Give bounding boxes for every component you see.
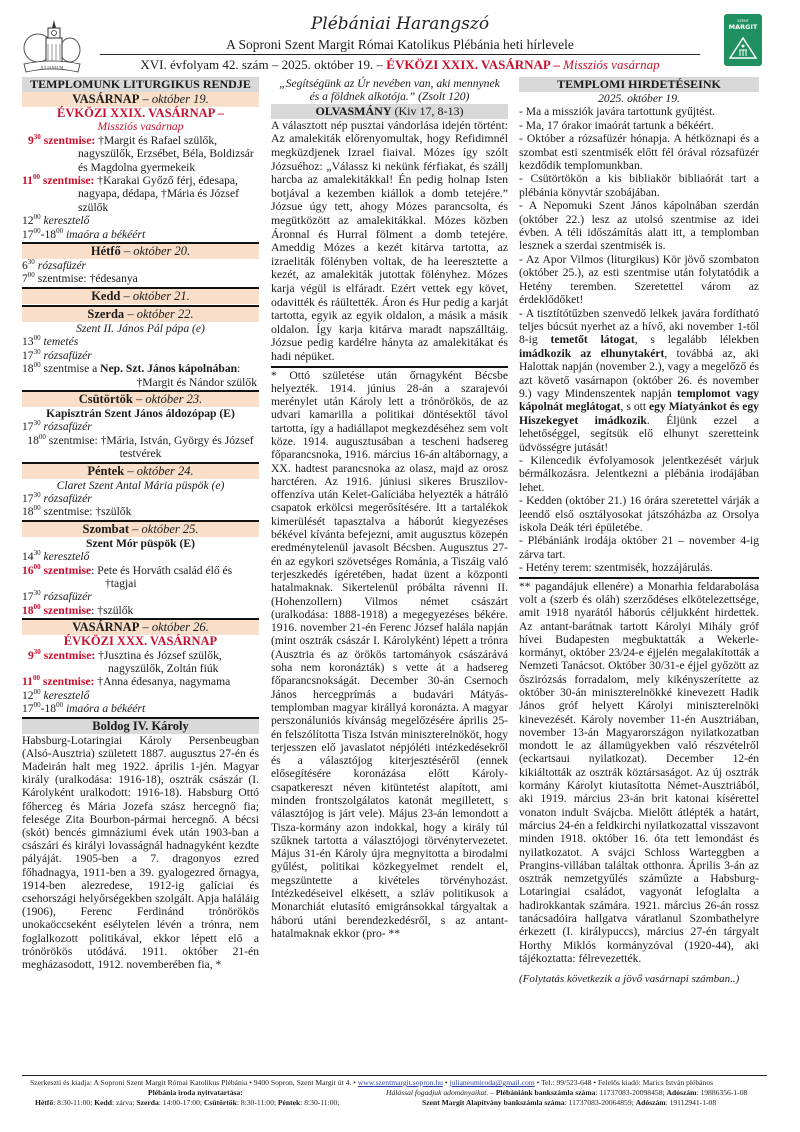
announcement-item: - Ma a missziók javára tartottunk gyűjté…	[519, 105, 759, 118]
issue-number: XVI. évfolyam 42. szám – 2025. október 1…	[140, 57, 386, 72]
event-entry: 1200 keresztelő	[22, 214, 259, 227]
announcement-item: - Hetény terem: szentmisék, hozzájárulás…	[519, 561, 759, 574]
issue-mission: Missziós vasárnap	[563, 57, 659, 72]
wednesday-section: Szerda – október 22. Szent II. János Pál…	[22, 307, 259, 389]
mass-entry: 1100 szentmise: †Anna édesanya, nagymama	[22, 675, 259, 688]
reading-heading: OLVASMÁNY (Kiv 17, 8-13)	[271, 104, 508, 119]
bank-line-1: Hálással fogadjuk adományaikat. – Plébán…	[386, 1088, 747, 1098]
continued-note: (Folytatás következik a jövő vasárnapi s…	[519, 973, 759, 986]
announcements-heading: TEMPLOMI HIRDETÉSEINK	[519, 77, 759, 92]
event-entry: 1430 keresztelő	[22, 550, 259, 563]
event-entry: 1730 rózsafüzér	[22, 590, 259, 603]
liturgy-column: TEMPLOMUNK LITURGIKUS RENDJE VASÁRNAP – …	[22, 77, 259, 971]
saturday-section: Szombat – október 25. Szent Mór püspök (…	[22, 522, 259, 617]
feast-subtitle: Missziós vasárnap	[22, 120, 259, 133]
event-entry: 630 rózsafüzér	[22, 259, 259, 272]
issue-sunday: ÉVKÖZI XXIX. VASÁRNAP –	[386, 57, 563, 72]
announcement-indulgence: - A tisztítótűzben szenvedő lelkek javár…	[519, 307, 759, 454]
footer-divider	[22, 1075, 767, 1076]
event-entry: 1730 rózsafüzér	[22, 492, 259, 505]
announcements-column: TEMPLOMI HIRDETÉSEINK 2025. október 19. …	[519, 77, 759, 987]
reading-text: A választott nép pusztai vándorlása idej…	[271, 119, 508, 364]
mass-entry: 930 szentmise: †Margit és Rafael szülők,…	[22, 134, 259, 174]
feast-title: Szent II. János Pál pápa (e)	[22, 322, 259, 335]
liturgy-heading: TEMPLOMUNK LITURGIKUS RENDJE	[22, 77, 259, 92]
email-link[interactable]: julianeumiroda@gmail.com	[449, 1078, 534, 1087]
feast-title: Claret Szent Antal Mária püspök (e)	[22, 479, 259, 492]
announcement-item: - Kilencedik évfolyamosok jelentkezését …	[519, 454, 759, 494]
monday-section: Hétfő – október 20. 630 rózsafüzér 700 s…	[22, 244, 259, 286]
announcements-date: 2025. október 19.	[519, 92, 759, 105]
event-entry: 1200 keresztelő	[22, 689, 259, 702]
newsletter-title: Plébániai Harangszó	[0, 14, 800, 34]
szent-margit-logo-icon: SZENT MARGIT	[724, 14, 762, 66]
event-entry: 700 szentmise: †édesanya	[22, 272, 259, 285]
karoly-article-part3: ** pagandájuk ellenére) a Monarhia felda…	[519, 580, 759, 966]
mass-entry: 1800 szentmise: †szülők	[22, 604, 259, 617]
day-header: Csütörtök – október 23.	[22, 392, 259, 407]
event-entry: 1730 rózsafüzér	[22, 349, 259, 362]
mass-entry: 1100 szentmise: †Karakai Győző férj, éde…	[22, 174, 259, 214]
event-entry: 1700-1800 imaóra a békéért	[22, 702, 259, 715]
event-entry: 1300 temetés	[22, 335, 259, 348]
mass-intention: †Margit és Nándor szülők	[22, 376, 259, 389]
announcement-item: - A Nepomuki Szent János kápolnában szer…	[519, 199, 759, 253]
svg-text:MARGIT: MARGIT	[729, 23, 758, 31]
psalm-quote: „Segítségünk az Úr nevében van, aki menn…	[271, 77, 508, 104]
announcement-item: - Plébániánk irodája október 21 – novemb…	[519, 534, 759, 561]
mass-entry: 930 szentmise: †Jusztina és József szülő…	[22, 649, 259, 676]
day-header: Péntek – október 24.	[22, 464, 259, 479]
day-header: VASÁRNAP – október 26.	[22, 620, 259, 635]
karoly-article-part1: Habsburg-Lotaringiai Károly Persenbeugba…	[22, 734, 259, 972]
sunday-oct26-section: VASÁRNAP – október 26. ÉVKÖZI XXX. VASÁR…	[22, 620, 259, 715]
divider	[519, 577, 759, 579]
karoly-article-part2: * Ottó születése után őrnagyként Bécsbe …	[271, 369, 508, 941]
day-header: Szerda – október 22.	[22, 307, 259, 322]
announcement-list: - Ma a missziók javára tartottunk gyűjté…	[519, 105, 759, 574]
bank-line-2: Szent Margit Alapítvány bankszámla száma…	[422, 1098, 716, 1108]
issue-line: XVI. évfolyam 42. szám – 2025. október 1…	[0, 57, 800, 73]
event-entry: 1800 szentmise: †szülők	[22, 505, 259, 518]
sunday-oct19-section: VASÁRNAP – október 19. ÉVKÖZI XXIX. VASÁ…	[22, 92, 259, 241]
announcement-item: - Az Apor Vilmos (liturgikus) Kör jövő s…	[519, 253, 759, 307]
event-entry: 1800 szentmise a Nep. Szt. János kápolná…	[22, 362, 259, 375]
feast-title: ÉVKÖZI XXIX. VASÁRNAP –	[22, 107, 259, 120]
announcement-item: - Ma, 17 órakor imaórát tartunk a békéér…	[519, 119, 759, 132]
thursday-section: Csütörtök – október 23. Kapisztrán Szent…	[22, 392, 259, 461]
friday-section: Péntek – október 24. Claret Szent Antal …	[22, 464, 259, 519]
office-hours-heading: Plébánia iroda nyitvatartása:	[148, 1088, 243, 1098]
publisher-line: Szerkeszti és kiadja: A Soproni Szent Ma…	[30, 1078, 713, 1088]
announcement-item: - Október a rózsafüzér hónapja. A hétköz…	[519, 132, 759, 172]
feast-title: ÉVKÖZI XXX. VASÁRNAP	[22, 635, 259, 648]
divider	[271, 366, 508, 368]
masthead-divider	[100, 54, 700, 55]
event-entry: 1730 rózsafüzér	[22, 420, 259, 433]
masthead: JULIANEUM Plébániai Harangszó A Soproni …	[0, 0, 800, 76]
website-link[interactable]: www.szentmargit.sopron.hu	[358, 1078, 443, 1087]
newsletter-subtitle: A Soproni Szent Margit Római Katolikus P…	[0, 37, 800, 53]
announcement-item: - Csütörtökön a kis bibliakör bibliaórát…	[519, 172, 759, 199]
day-header: Hétfő – október 20.	[22, 244, 259, 259]
mass-entry: 1600 szentmise: Pete és Horváth család é…	[22, 564, 259, 591]
office-hours: Hétfő: 8:30-11:00; Kedd: zárva; Szerda: …	[35, 1098, 339, 1108]
day-header: Szombat – október 25.	[22, 522, 259, 537]
event-entry: 1800 szentmise: †Mária, István, György é…	[22, 434, 259, 461]
announcement-item: - Kedden (október 21.) 16 órára szeretet…	[519, 494, 759, 534]
reading-column: „Segítségünk az Úr nevében van, aki menn…	[271, 77, 508, 940]
tuesday-header: Kedd – október 21.	[22, 289, 259, 304]
event-entry: 1700-1800 imaóra a békéért	[22, 228, 259, 241]
feast-title: Kapisztrán Szent János áldozópap (E)	[22, 407, 259, 420]
feast-title: Szent Mór püspök (E)	[22, 537, 259, 550]
day-header: VASÁRNAP – október 19.	[22, 92, 259, 107]
karoly-heading: Boldog IV. Károly	[22, 719, 259, 734]
